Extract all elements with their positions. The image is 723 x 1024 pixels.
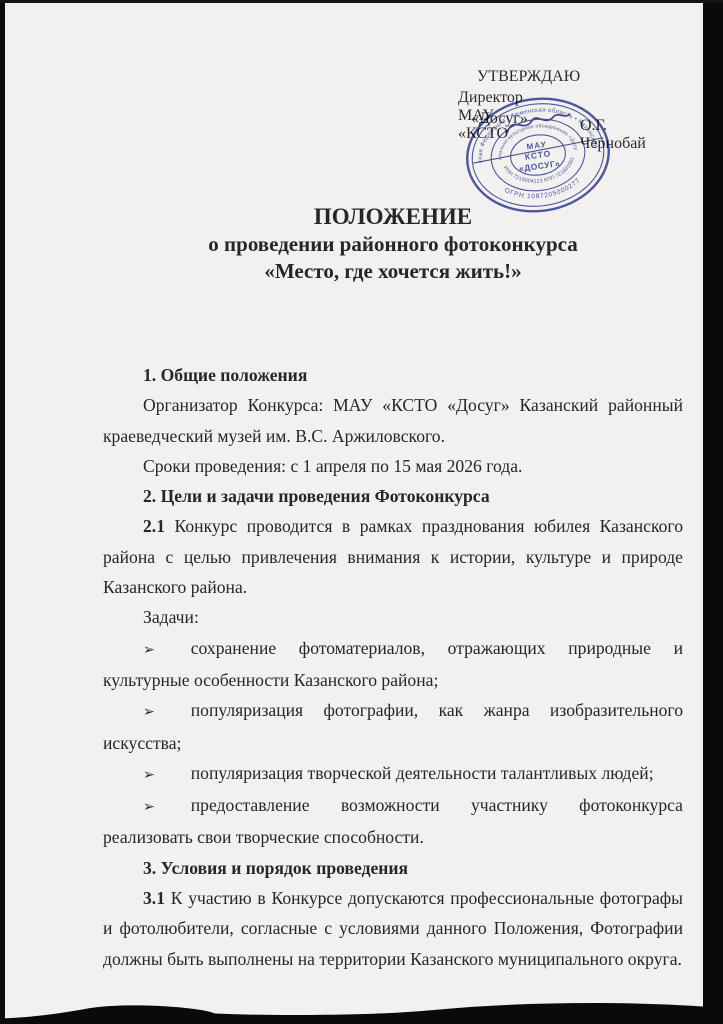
paragraph: Организатор Конкурса: МАУ «КСТО «Досуг» … [103,390,683,451]
paragraph: 2.1 Конкурс проводится в рамках празднов… [103,511,683,602]
bullet-text: предоставление возможности участнику фот… [103,795,683,847]
scan-edge-top [0,0,723,3]
scanned-document-page: УТВЕРЖДАЮ Директор МАУ «КСТО «Досуг» О.Г… [0,0,723,1024]
bullet-item: ➢популяризация творческой деятельности т… [103,758,683,790]
section-heading: 3. Условия и порядок проведения [103,853,683,883]
section-heading: 1. Общие положения [103,360,683,390]
clause-number: 2.1 [143,516,165,536]
arrow-bullet-icon: ➢ [143,642,155,658]
scan-edge-right [703,0,723,1024]
title-line-3: «Место, где хочется жить!» [103,258,683,285]
title-line-2: о проведении районного фотоконкурса [103,231,683,258]
title-line-1: ПОЛОЖЕНИЕ [103,203,683,231]
paragraph: Сроки проведения: с 1 апреля по 15 мая 2… [103,451,683,481]
scan-edge-bottom [0,998,723,1024]
bullet-text: популяризация фотографии, как жанра изоб… [103,700,683,752]
bullet-text: популяризация творческой деятельности та… [191,763,654,783]
arrow-bullet-icon: ➢ [143,767,155,783]
bullet-text: сохранение фотоматериалов, отражающих пр… [103,638,683,690]
section-heading: 2. Цели и задачи проведения Фотоконкурса [103,481,683,511]
bullet-item: ➢предоставление возможности участнику фо… [103,790,683,853]
paragraph: 3.1 К участию в Конкурсе допускаются про… [103,883,683,974]
approval-line: УТВЕРЖДАЮ [477,68,580,86]
paragraph-text: К участию в Конкурсе допускаются професс… [103,888,683,969]
scan-edge-left [0,0,5,1024]
bullet-item: ➢популяризация фотографии, как жанра изо… [103,695,683,758]
clause-number: 3.1 [143,888,165,908]
arrow-bullet-icon: ➢ [143,704,155,720]
arrow-bullet-icon: ➢ [143,799,155,815]
document-title: ПОЛОЖЕНИЕ о проведении районного фотокон… [103,203,683,285]
bullet-item: ➢сохранение фотоматериалов, отражающих п… [103,633,683,696]
paper-sheet: УТВЕРЖДАЮ Директор МАУ «КСТО «Досуг» О.Г… [3,2,705,1024]
paragraph-text: Конкурс проводится в рамках празднования… [103,516,683,597]
paragraph: Задачи: [103,602,683,632]
document-body: 1. Общие положения Организатор Конкурса:… [103,360,683,974]
